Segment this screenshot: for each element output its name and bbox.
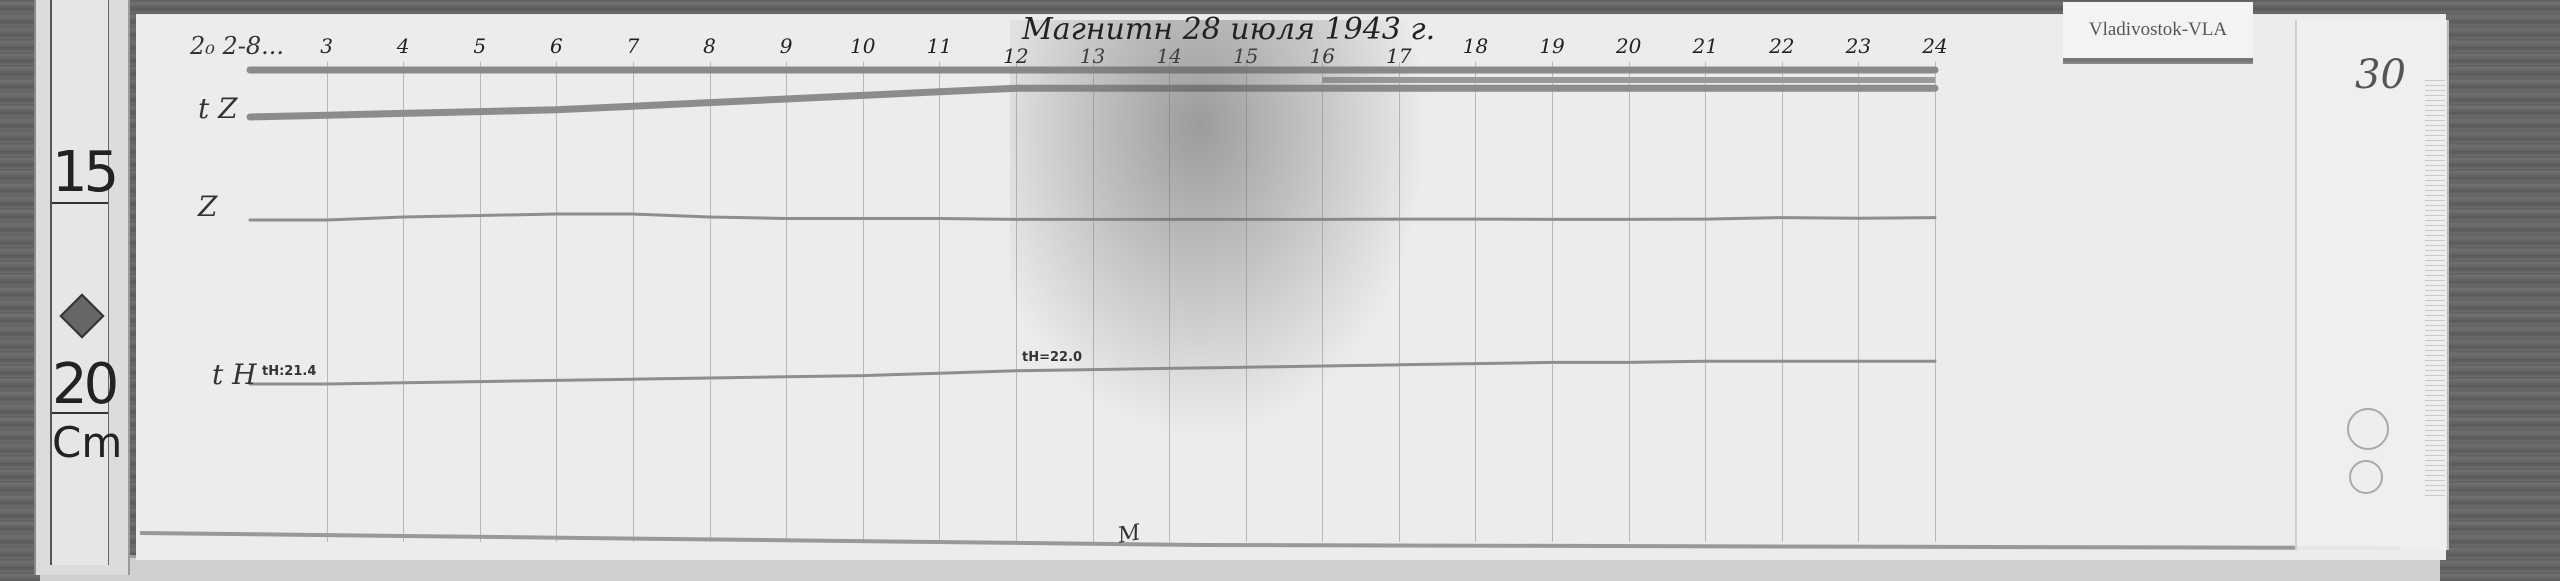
station-label: Vladivostok-VLA bbox=[2063, 2, 2253, 62]
trace-label-th: t H bbox=[212, 358, 257, 391]
trace-plot bbox=[0, 0, 2560, 581]
handwritten-heading: Магнитн 28 июля 1943 г. bbox=[1022, 12, 1435, 47]
trace-label-tz: t Z bbox=[198, 92, 238, 125]
transparent-ruler-right bbox=[2295, 20, 2449, 550]
t-z-trace bbox=[250, 88, 1935, 117]
trace-label-z: Z bbox=[198, 190, 217, 223]
ruler-hole-icon bbox=[2349, 460, 2383, 494]
th-mid-annotation: tH=22.0 bbox=[1022, 350, 1082, 365]
t-h-trace bbox=[250, 361, 1935, 384]
bottom-edge-trace bbox=[140, 533, 2400, 548]
sheet-number: 30 bbox=[2355, 52, 2406, 98]
ruler-ticks bbox=[2425, 80, 2445, 500]
z-trace bbox=[250, 214, 1935, 220]
th-start-annotation: tH:21.4 bbox=[262, 364, 316, 379]
ruler-hole-icon bbox=[2347, 408, 2389, 450]
axis-start-label: 2₀ 2-8... bbox=[190, 32, 284, 60]
initials-mark: M bbox=[1116, 520, 1143, 549]
